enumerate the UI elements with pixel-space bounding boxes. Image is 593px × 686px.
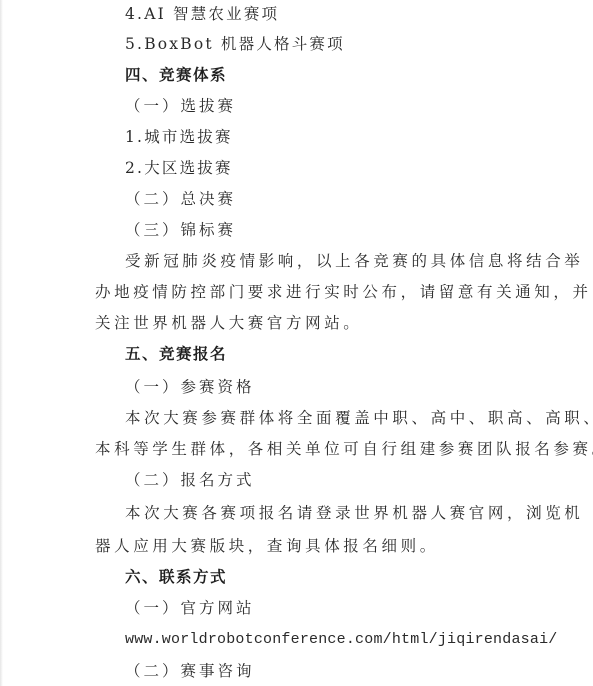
subsection-event-inquiry: （二）赛事咨询 <box>125 661 255 681</box>
paragraph-covid-line-2: 办地疫情防控部门要求进行实时公布，请留意有关通知，并 <box>95 282 592 302</box>
list-item-boxbot: 5.BoxBot 机器人格斗赛项 <box>125 34 345 54</box>
paragraph-covid-line-1: 受新冠肺炎疫情影响，以上各竞赛的具体信息将结合举 <box>125 251 583 271</box>
scan-edge-shadow <box>0 0 3 686</box>
subsection-eligibility: （一）参赛资格 <box>125 377 255 397</box>
list-item-ai-agriculture: 4.AI 智慧农业赛项 <box>125 4 279 24</box>
paragraph-eligibility-line-1: 本次大赛参赛群体将全面覆盖中职、高中、职高、高职、 <box>125 408 593 428</box>
list-item-city-selection: 1.城市选拔赛 <box>125 127 233 147</box>
paragraph-eligibility-line-2: 本科等学生群体，各相关单位可自行组建参赛团队报名参赛。 <box>95 439 593 459</box>
paragraph-covid-line-3: 关注世界机器人大赛官方网站。 <box>95 313 362 333</box>
paragraph-registration-line-2: 器人应用大赛版块，查询具体报名细则。 <box>95 536 439 556</box>
section-heading-registration: 五、竞赛报名 <box>125 344 227 364</box>
subsection-registration-method: （二）报名方式 <box>125 470 255 490</box>
official-website-url[interactable]: www.worldrobotconference.com/html/jiqire… <box>125 630 557 650</box>
subsection-official-website: （一）官方网站 <box>125 598 255 618</box>
subsection-selection: （一）选拔赛 <box>125 96 236 116</box>
list-item-region-selection: 2.大区选拔赛 <box>125 158 233 178</box>
section-heading-competition-system: 四、竞赛体系 <box>125 65 227 85</box>
section-heading-contact: 六、联系方式 <box>125 567 227 587</box>
subsection-finals: （二）总决赛 <box>125 189 236 209</box>
subsection-championship: （三）锦标赛 <box>125 220 236 240</box>
paragraph-registration-line-1: 本次大赛各赛项报名请登录世界机器人赛官网，浏览机 <box>125 503 583 523</box>
